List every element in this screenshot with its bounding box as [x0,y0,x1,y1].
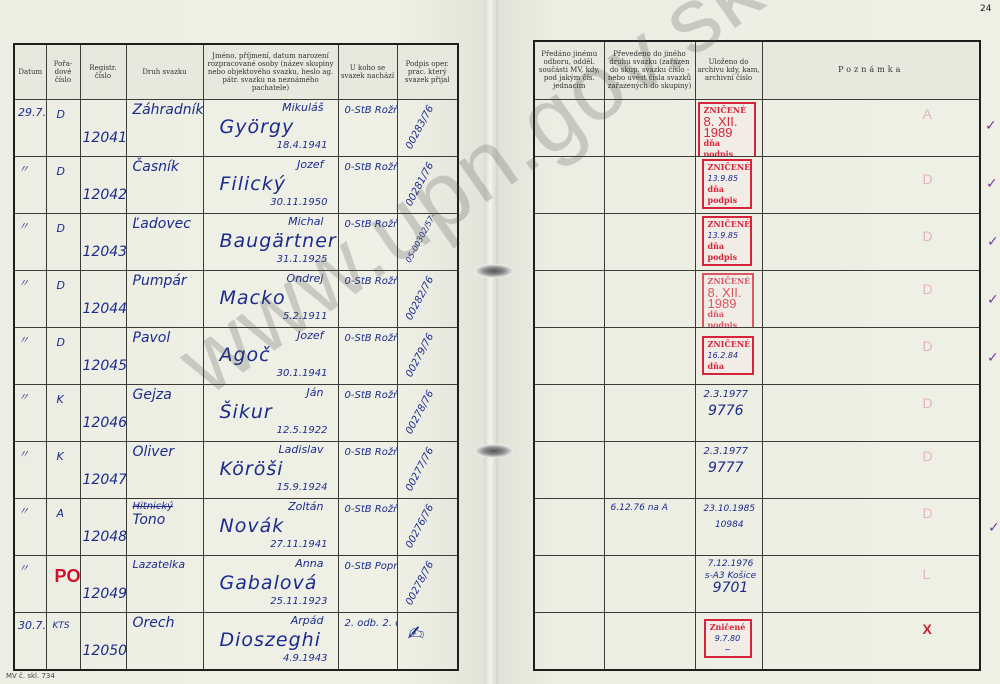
row-signature: 00281/76 [404,160,436,207]
row-order: D [57,165,65,178]
checkmark-icon: ✓ [987,234,999,250]
row-location: 0-StB Rožňava [345,274,398,290]
table-row: 〃 K 12046 Gejza JánŠikur12.5.1922 0-StB … [14,384,458,441]
form-footer: MV č. skl. 734 [6,672,55,680]
row-date: 〃 [18,277,29,291]
archive-entry: 2.3.19779777 [704,444,749,476]
stamp-podpis: podpis [704,149,750,157]
row-first-name: Ján [307,386,324,399]
row-last-name: Köröši [220,458,284,480]
header-druh-svazku: Druh svazku [126,44,203,99]
stamp-podpis: podpis [708,195,746,206]
destroyed-stamp: Zničené9.7.80~ [704,619,752,658]
row-date: 〃 [18,505,29,519]
row-date: 〃 [18,334,29,348]
stamp-date: 9.7.80 [710,633,746,644]
table-row: 〃 PO 12049 Lazatelka AnnaGabalová25.11.1… [14,555,458,612]
stamp-label: ZNIČENÉ [708,339,748,350]
row-kind: Časník [133,159,180,175]
row-first-name: Mikuláš [282,101,323,114]
row-reg-number: 12044 [83,301,127,317]
row-signature: 05-00302/57-76 [404,213,442,264]
row-birth-date: 15.9.1924 [277,482,328,493]
row-signature: 00282/76 [404,274,436,321]
row-order: KTS [53,621,70,631]
row-first-name: Zoltán [288,500,323,513]
row-reg-number: 12046 [83,415,127,431]
row-signature: 00276/76 [404,502,436,549]
kind-text: Lazatelka [133,558,186,571]
archive-date: 7.12.1976 s-A3 Košice [704,558,758,582]
binder-hole-bottom [474,444,514,458]
note-x-mark: X [923,621,932,637]
stamp-dna: dňa [708,361,748,372]
row-order: D [57,336,65,349]
row-last-name: Agoč [220,344,271,366]
row-first-name: Michal [288,215,323,228]
kind-text: Pumpár [133,273,187,289]
row-signature: 00278/76 [404,388,436,435]
stamp-date: 13.9.85 [708,173,746,184]
kind-text: Pavol [133,330,171,346]
row-kind: Pumpár [133,273,187,289]
row-kind: Gejza [133,387,172,403]
row-reg-number: 12041 [83,130,127,146]
row-last-name: Novák [220,515,285,537]
note-mark: D [923,171,933,187]
header-datum: Datum [14,44,46,99]
row-first-name: Arpád [291,614,324,627]
checkmark-icon: ✓ [988,520,1000,536]
row-first-name: Jozef [297,329,323,342]
stamp-label: ZNIČENÉ [708,162,746,173]
row-location: 0-StB Rožňava [345,103,398,119]
row-order: K [57,393,64,406]
note-mark: D [923,395,933,411]
archive-entry: 2.3.19779776 [704,387,749,419]
checkmark-icon: ✓ [987,350,999,366]
row-last-name: Filický [220,173,286,195]
destroyed-stamp: ZNIČENÉ8. XII. 1989dňapodpis [698,102,756,157]
row-date: 〃 [18,220,29,234]
table-row: 7.12.1976 s-A3 Košice9701 L [534,555,980,612]
note-mark: D [923,448,933,464]
header-prevedeno: Převedeno do jiného druhu svazku (zařaze… [604,41,695,99]
destroyed-stamp: ZNIČENÉ8. XII. 1989dňapodpis [702,273,754,328]
checkmark-icon: ✓ [985,118,997,134]
row-birth-date: 30.1.1941 [277,368,328,379]
kind-text: Gejza [133,387,172,403]
row-order: A [57,507,65,520]
note-mark: D [923,505,933,521]
table-row: 2.3.19779776 D [534,384,980,441]
table-row: Zničené9.7.80~ X [534,612,980,670]
row-birth-date: 5.2.1911 [283,311,328,322]
row-date: 〃 [18,448,29,462]
note-mark: D [923,228,933,244]
archive-number: 9777 [704,460,749,476]
table-row: 〃 D 12043 Ľadovec MichalBaugärtner31.1.1… [14,213,458,270]
destroyed-stamp: ZNIČENÉ13.9.85dňapodpis [702,216,752,266]
row-birth-date: 4.9.1943 [283,653,328,664]
stamp-date: 8. XII. 1989 [704,116,750,138]
archive-date: 2.3.1977 [704,387,749,403]
note-mark: A [923,106,932,122]
stamp-podpis: podpis [708,320,748,328]
row-order: D [57,279,65,292]
header-registracne-cislo: Registr. číslo [80,44,126,99]
row-kind: Pavol [133,330,171,346]
archive-number: 10984 [704,517,756,533]
kind-text: Ľadovec [133,216,191,232]
table-row: ZNIČENÉ8. XII. 1989dňapodpis A [534,99,980,156]
row-last-name: Macko [220,287,286,309]
row-signature: 00278/76 [404,559,436,606]
destroyed-stamp: ZNIČENÉ13.9.85dňapodpis [702,159,752,209]
row-date: 29.7. 76 [18,106,46,120]
row-reg-number: 12050 [83,643,127,659]
header-poznamka: Poznámka [762,41,980,99]
row-reg-number: 12048 [83,529,127,545]
header-meno: Jméno, příjmení, datum narození rozpraco… [203,44,338,99]
table-row: 〃 D 12042 Časník JozefFilický30.11.1950 … [14,156,458,213]
stamp-label: ZNIČENÉ [708,219,746,230]
row-reg-number: 12043 [83,244,127,260]
header-podpis: Podpis oper. prac. který svazek přijal [397,44,458,99]
stamp-dna: dňa [708,184,746,195]
header-row: Datum Pořa-dové číslo Registr. číslo Dru… [14,44,458,99]
row-reg-number: 12045 [83,358,127,374]
archive-date: 2.3.1977 [704,444,749,460]
archive-entry: 23.10.198510984 [704,501,756,533]
row-location: 0-StB Rožňava [345,445,398,461]
checkmark-icon: ✓ [987,292,999,308]
note-mark: D [923,281,933,297]
row-location: 2. odb. 2. odd. [345,616,398,632]
row-order: D [57,108,65,121]
header-poradove-cislo: Pořa-dové číslo [46,44,80,99]
row-birth-date: 18.4.1941 [277,140,328,151]
checkmark-icon: ✓ [986,176,998,192]
archive-number: 9701 [704,582,758,594]
register-table-left: Datum Pořa-dové číslo Registr. číslo Dru… [13,43,459,671]
stamp-date: 16.2.84 [708,350,748,361]
kind-text: Oliver [133,444,174,460]
table-row: 〃 K 12047 Oliver LadislavKöröši15.9.1924… [14,441,458,498]
table-row: ZNIČENÉ13.9.85dňapodpis D [534,156,980,213]
archive-entry: 7.12.1976 s-A3 Košice9701 [704,558,758,594]
row-birth-date: 30.11.1950 [270,197,327,208]
table-row: 〃 A 12048 HitnickýTono ZoltánNovák27.11.… [14,498,458,555]
transfer-note: 6.12.76 na A [611,503,668,513]
row-date: 30.7. 76 [18,619,46,633]
row-last-name: Šikur [220,401,273,423]
row-kind: Oliver [133,444,174,460]
row-date: 〃 [18,391,29,405]
kind-text: Tono [133,512,166,528]
row-first-name: Ondrej [287,272,324,285]
row-last-name: Baugärtner [220,230,337,252]
po-stamp: PO [55,566,81,587]
archive-number: 9776 [704,403,749,419]
row-location: 0-StB Rožňava [345,217,398,233]
table-row: 2.3.19779777 D [534,441,980,498]
stamp-label: Zničené [710,622,746,633]
row-last-name: György [220,116,295,138]
stamp-podpis: podpis [708,252,746,263]
row-birth-date: 27.11.1941 [270,539,327,550]
table-row: 6.12.76 na A 23.10.198510984 D [534,498,980,555]
row-reg-number: 12042 [83,187,127,203]
handwritten-signature-icon: ✍ [408,621,425,645]
header-ulozeno: Uloženo do archivu kdy, kam, archivní čí… [695,41,762,99]
row-first-name: Jozef [297,158,323,171]
row-kind: HitnickýTono [133,501,174,528]
row-reg-number: 12047 [83,472,127,488]
row-signature: 00283/76 [404,103,436,150]
row-kind: Ľadovec [133,216,191,232]
row-location: 0-StB Poprad [345,559,398,575]
row-first-name: Ladislav [279,443,324,456]
row-reg-number: 12049 [83,586,127,602]
table-row: 29.7. 76 D 12041 Záhradník MikulášGyörgy… [14,99,458,156]
row-kind: Záhradník [133,102,204,118]
page-number: 24 [980,4,991,14]
note-mark: D [923,338,933,354]
row-location: 0-StB Rožňava [345,160,398,176]
row-location: 0-StB Rožňava [345,388,398,404]
row-signature: 00279/76 [404,331,436,378]
table-row: 〃 D 12044 Pumpár OndrejMacko5.2.1911 0-S… [14,270,458,327]
kind-struck-text: Hitnický [133,501,174,512]
header-u-koho: U koho se svazek nachází [338,44,397,99]
table-row: 〃 D 12045 Pavol JozefAgoč30.1.1941 0-StB… [14,327,458,384]
row-order: K [57,450,64,463]
row-last-name: Dioszeghi [220,629,321,651]
kind-text: Orech [133,615,175,631]
archive-date: 23.10.1985 [704,501,756,517]
stamp-date: 8. XII. 1989 [708,287,748,309]
row-kind: Lazatelka [133,558,186,571]
header-predano: Předáno jinému odboru, odděl. součásti M… [534,41,604,99]
row-first-name: Anna [295,557,323,570]
note-mark: L [923,566,931,582]
row-birth-date: 25.11.1923 [270,596,327,607]
row-date: 〃 [18,562,29,576]
table-row: ZNIČENÉ8. XII. 1989dňapodpis D [534,270,980,327]
book-spine [484,0,498,684]
table-row: 30.7. 76 KTS 12050 Orech ArpádDioszeghi4… [14,612,458,670]
stamp-dna: dňa [708,241,746,252]
destroyed-stamp: ZNIČENÉ16.2.84dňa [702,336,754,375]
table-row: ZNIČENÉ16.2.84dňa D [534,327,980,384]
header-row: Předáno jinému odboru, odděl. součásti M… [534,41,980,99]
row-date: 〃 [18,163,29,177]
row-signature: 00277/76 [404,445,436,492]
row-location: 0-StB Rožňava [345,331,398,347]
row-birth-date: 12.5.1922 [277,425,328,436]
row-kind: Orech [133,615,175,631]
row-order: D [57,222,65,235]
row-last-name: Gabalová [220,572,318,594]
kind-text: Časník [133,159,180,175]
table-row: ZNIČENÉ13.9.85dňapodpis D [534,213,980,270]
stamp-date: 13.9.85 [708,230,746,241]
register-table-right: Předáno jinému odboru, odděl. součásti M… [533,40,981,671]
row-birth-date: 31.1.1925 [277,254,328,265]
binder-hole-top [474,264,514,278]
kind-text: Záhradník [133,102,204,118]
row-location: 0-StB Rožňava [345,502,398,518]
stamp-signature: ~ [710,644,746,655]
